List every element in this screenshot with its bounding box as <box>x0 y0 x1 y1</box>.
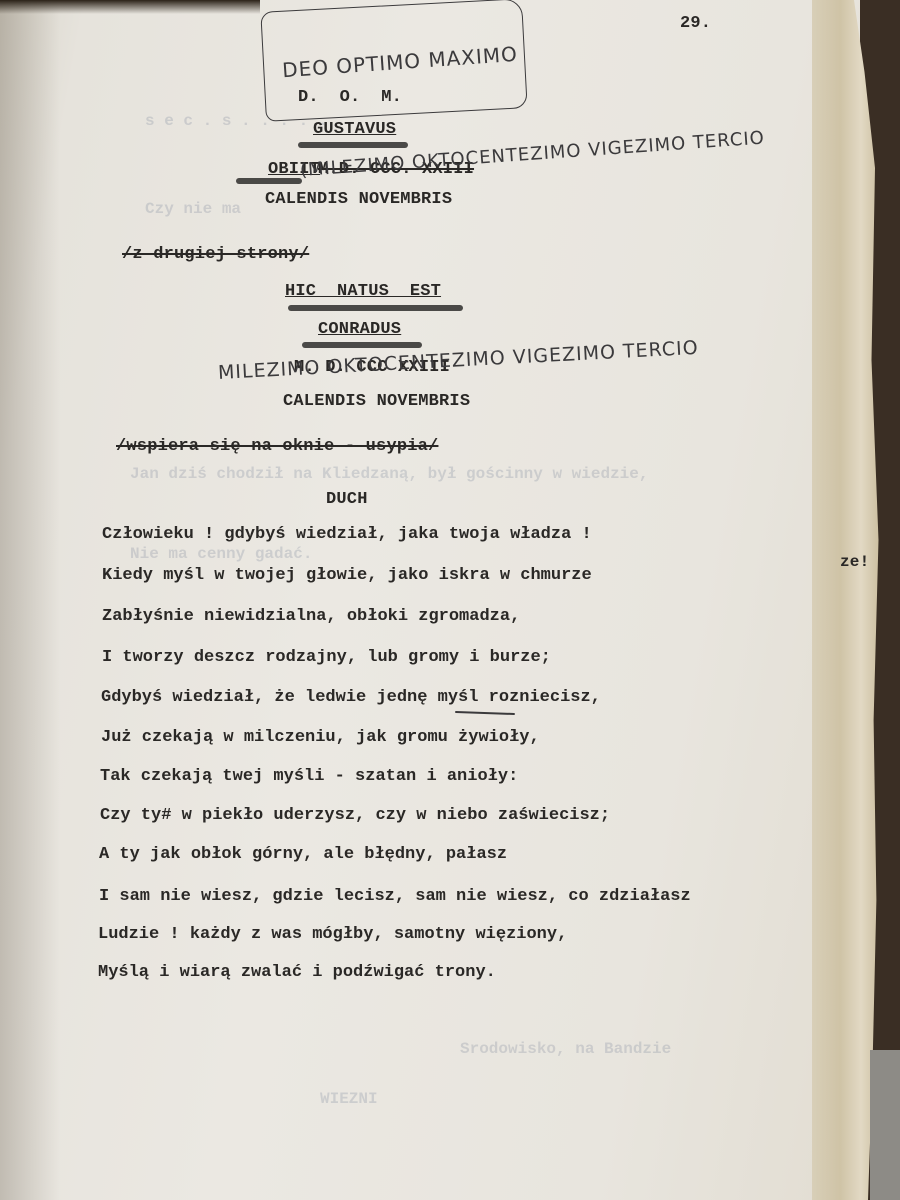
background-fabric <box>870 1050 900 1200</box>
page-number: 29. <box>680 14 711 33</box>
verse-line: Ludzie ! każdy z was mógłby, samotny wię… <box>98 925 567 944</box>
gustavus-name: GUSTAVUS <box>313 120 396 139</box>
torn-page-edge <box>812 0 882 1200</box>
verse-line: A ty jak obłok górny, ale błędny, pałasz <box>99 845 507 864</box>
bleed-through-text: WIEZNI <box>320 1090 378 1108</box>
gustavus-calendis: CALENDIS NOVEMBRIS <box>265 190 452 209</box>
background-shadow <box>0 0 260 14</box>
verse-line: Człowieku ! gdybyś wiedział, jaka twoja … <box>102 525 592 544</box>
verse-line: Kiedy myśl w twojej głowie, jako iskra w… <box>102 566 592 585</box>
page-shadow <box>0 0 60 1200</box>
marker-underline <box>298 142 408 148</box>
verse-line: Już czekają w milczeniu, jak gromu żywio… <box>101 728 540 747</box>
verse-line: Czy ty# w piekło uderzysz, czy w niebo z… <box>100 806 610 825</box>
verse-line: Zabłyśnie niewidzialna, obłoki zgromadza… <box>102 607 520 626</box>
conradus-name: CONRADUS <box>318 320 401 339</box>
bleed-through-text: Jan dziś chodził na Kliedzaną, był gości… <box>130 465 648 483</box>
verse-line: Gdybyś wiedział, że ledwie jednę myśl ro… <box>101 688 601 707</box>
verse-line: Tak czekają twej myśli - szatan i anioły… <box>100 767 518 786</box>
verse-line: I tworzy deszcz rodzajny, lub gromy i bu… <box>102 648 551 667</box>
bleed-through-text: Nie ma cenny gadać. <box>130 545 312 563</box>
handwritten-header-line2: D. O. M. <box>298 88 402 107</box>
verse-line: Myślą i wiarą zwalać i podźwigać trony. <box>98 963 496 982</box>
marker-underline <box>288 305 463 311</box>
conradus-calendis: CALENDIS NOVEMBRIS <box>283 392 470 411</box>
pen-underline <box>455 711 515 715</box>
margin-fragment: ze! <box>840 553 869 571</box>
marker-strike <box>236 178 302 184</box>
verse-line: I sam nie wiesz, gdzie lecisz, sam nie w… <box>99 887 691 906</box>
stage-direction-struck: /wspiera się na oknie - usypia/ <box>116 437 438 456</box>
typewritten-page: s e c . s . . . . . Czy nie ma Jan dziś … <box>0 0 860 1200</box>
stage-direction-struck: /z drugiej strony/ <box>122 245 309 264</box>
handwritten-date-conradus: MILEZIMO OKTOCENTEZIMO VIGEZIMO TERCIO <box>217 337 699 384</box>
bleed-through-text: Czy nie ma <box>145 200 241 218</box>
speaker-name: DUCH <box>326 490 368 509</box>
marker-underline <box>302 342 422 348</box>
hic-natus-est: HIC NATUS EST <box>285 282 441 301</box>
bleed-through-text: Srodowisko, na Bandzie <box>460 1040 671 1058</box>
